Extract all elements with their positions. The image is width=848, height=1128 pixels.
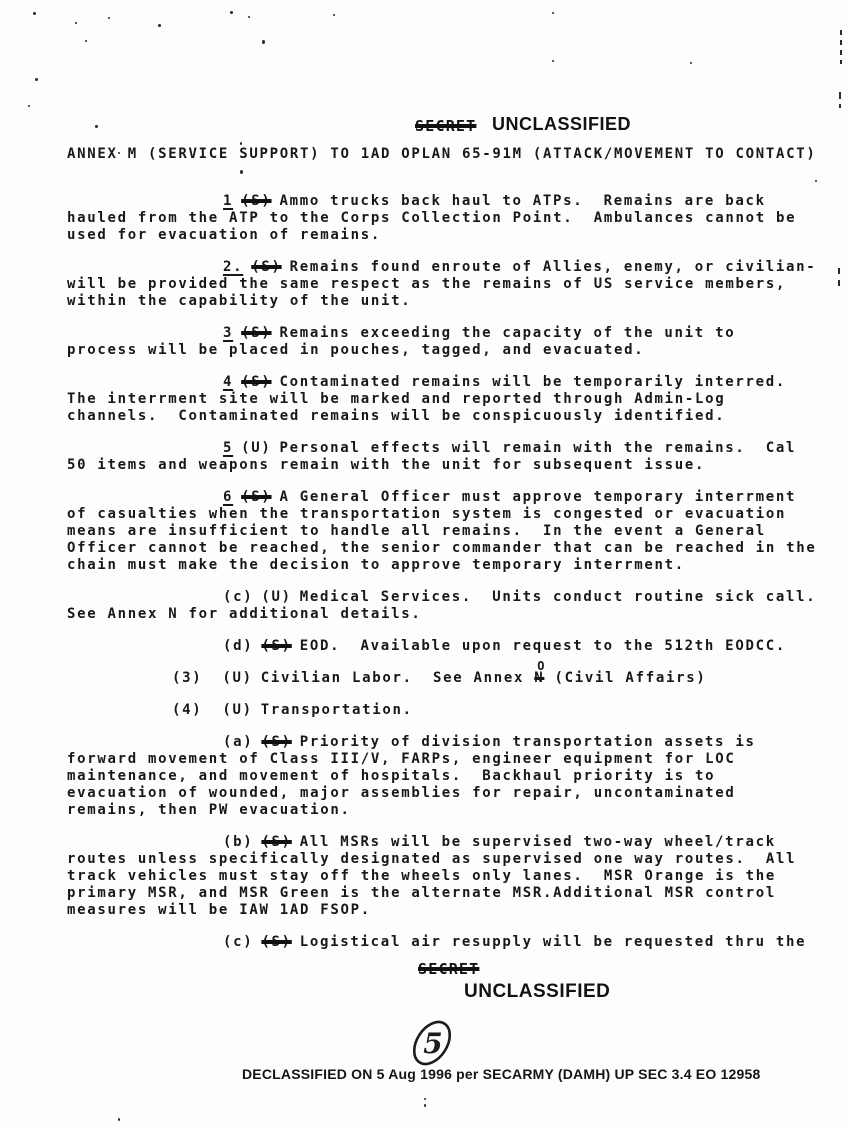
classification-marking: (S)	[261, 834, 291, 851]
paragraph-1: 1(S)Ammo trucks back haul to ATPs. Remai…	[67, 193, 845, 244]
scan-speck	[248, 16, 250, 18]
scan-speck	[262, 40, 265, 44]
classification-marking: (U)	[222, 670, 252, 687]
classification-marking: (S)	[241, 489, 271, 506]
classification-marking: (S)	[251, 259, 281, 276]
scan-edge-mark	[839, 104, 841, 108]
handwritten-letter-o: O	[537, 658, 544, 675]
paragraph-text: Remains found enroute of Allies, enemy, …	[67, 259, 816, 309]
scan-speck	[75, 22, 77, 24]
scan-speck	[230, 11, 233, 14]
paragraph-text: Remains exceeding the capacity of the un…	[67, 325, 735, 358]
scan-edge-mark	[838, 268, 840, 274]
subparagraph-label: (c)	[223, 589, 253, 606]
paragraph-text: Logistical air resupply will be requeste…	[300, 934, 806, 950]
paragraph-number: 6	[223, 489, 233, 506]
scan-speck	[690, 62, 692, 64]
classification-marking: (U)	[222, 702, 252, 719]
scan-edge-mark	[840, 60, 842, 64]
paragraph-number: 2.	[223, 259, 243, 276]
subparagraph-label: (c)	[223, 934, 253, 951]
scan-edge-mark	[840, 30, 842, 35]
subparagraph-label: (b)	[223, 834, 253, 851]
paragraph-number: 3	[223, 325, 233, 342]
subparagraph-label: (d)	[223, 638, 253, 655]
scan-speck	[158, 24, 161, 27]
classification-marking: (S)	[241, 374, 271, 391]
classification-marking: (S)	[241, 325, 271, 342]
scan-speck	[333, 14, 335, 16]
paragraph-number: 5	[223, 440, 233, 457]
page-number-circle: 5	[404, 1016, 460, 1072]
paragraph-6: 6(S)A General Officer must approve tempo…	[67, 489, 845, 574]
subparagraph-4-transportation: (4)(U)Transportation.	[67, 702, 845, 719]
scan-speck	[552, 12, 554, 14]
paragraph-text: Medical Services. Units conduct routine …	[67, 589, 816, 622]
paragraph-text: Contaminated remains will be temporarily…	[67, 374, 786, 424]
paragraph-text: Priority of division transportation asse…	[67, 734, 756, 818]
paragraph-text: EOD. Available upon request to the 512th…	[300, 638, 786, 654]
scan-speck	[240, 142, 242, 145]
paragraph-text: Civilian Labor. See Annex	[261, 670, 534, 686]
header-unclassified-stamp: UNCLASSIFIED	[492, 114, 631, 135]
classification-marking: (U)	[261, 589, 291, 606]
subparagraph-b-msrs: (b)(S)All MSRs will be supervised two-wa…	[67, 834, 845, 919]
scan-speck	[33, 12, 36, 15]
circle-icon: 5	[404, 1016, 460, 1072]
classification-marking: (S)	[261, 734, 291, 751]
classification-marking: (S)	[241, 193, 271, 210]
subparagraph-d-eod: (d)(S)EOD. Available upon request to the…	[67, 638, 845, 655]
page-number: 5	[423, 1027, 442, 1060]
paragraph-text: All MSRs will be supervised two-way whee…	[67, 834, 796, 918]
scan-speck	[35, 78, 38, 81]
scan-speck	[815, 180, 817, 182]
paragraph-number: 4	[223, 374, 233, 391]
paragraph-text: Personal effects will remain with the re…	[67, 440, 796, 473]
classification-marking: (S)	[261, 934, 291, 951]
paragraph-2: 2.(S)Remains found enroute of Allies, en…	[67, 259, 845, 310]
paragraph-4: 4(S)Contaminated remains will be tempora…	[67, 374, 845, 425]
subparagraph-a-priority: (a)(S)Priority of division transportatio…	[67, 734, 845, 819]
subparagraph-label: (a)	[223, 734, 253, 751]
scan-speck	[424, 1098, 426, 1100]
scanned-document-page: SECRET UNCLASSIFIED ANNEX M (SERVICE SUP…	[0, 0, 848, 1128]
header-secret-strikethrough: SECRET	[415, 117, 476, 135]
scan-speck	[552, 60, 554, 62]
subparagraph-label: (4)	[172, 702, 202, 719]
scan-speck	[118, 1118, 120, 1121]
scan-edge-mark	[838, 280, 840, 286]
paragraph-text: Ammo trucks back haul to ATPs. Remains a…	[67, 193, 796, 243]
classification-marking: (U)	[241, 440, 271, 457]
paragraph-number: 1	[223, 193, 233, 210]
annex-letter-correction: ON	[534, 670, 544, 687]
scan-speck	[28, 105, 30, 107]
subparagraph-c-logistical-air: (c)(S)Logistical air resupply will be re…	[67, 934, 845, 951]
paragraph-text: Transportation.	[261, 702, 413, 718]
scan-speck	[118, 152, 120, 154]
footer-unclassified-stamp: UNCLASSIFIED	[464, 981, 610, 1003]
document-title: ANNEX M (SERVICE SUPPORT) TO 1AD OPLAN 6…	[67, 146, 817, 162]
subparagraph-label: (3)	[172, 670, 202, 687]
paragraph-3: 3(S)Remains exceeding the capacity of th…	[67, 325, 845, 359]
scan-speck	[108, 17, 110, 19]
scan-edge-mark	[840, 40, 842, 45]
scan-speck	[240, 170, 243, 174]
declassification-stamp: DECLASSIFIED ON 5 Aug 1996 per SECARMY (…	[242, 1066, 760, 1082]
document-body: 1(S)Ammo trucks back haul to ATPs. Remai…	[67, 193, 845, 951]
subparagraph-3-civilian-labor: (3)(U)Civilian Labor. See Annex ON (Civi…	[67, 670, 845, 687]
footer-secret-strikethrough: SECRET	[418, 960, 479, 978]
paragraph-text: A General Officer must approve temporary…	[67, 489, 817, 573]
scan-speck	[85, 40, 87, 42]
scan-speck	[95, 125, 98, 128]
scan-edge-mark	[840, 50, 842, 55]
subparagraph-c-medical: (c)(U)Medical Services. Units conduct ro…	[67, 589, 845, 623]
scan-speck	[424, 1104, 426, 1107]
scan-edge-mark	[839, 92, 841, 99]
paragraph-5: 5(U)Personal effects will remain with th…	[67, 440, 845, 474]
classification-marking: (S)	[261, 638, 291, 655]
paragraph-text: (Civil Affairs)	[544, 670, 706, 686]
